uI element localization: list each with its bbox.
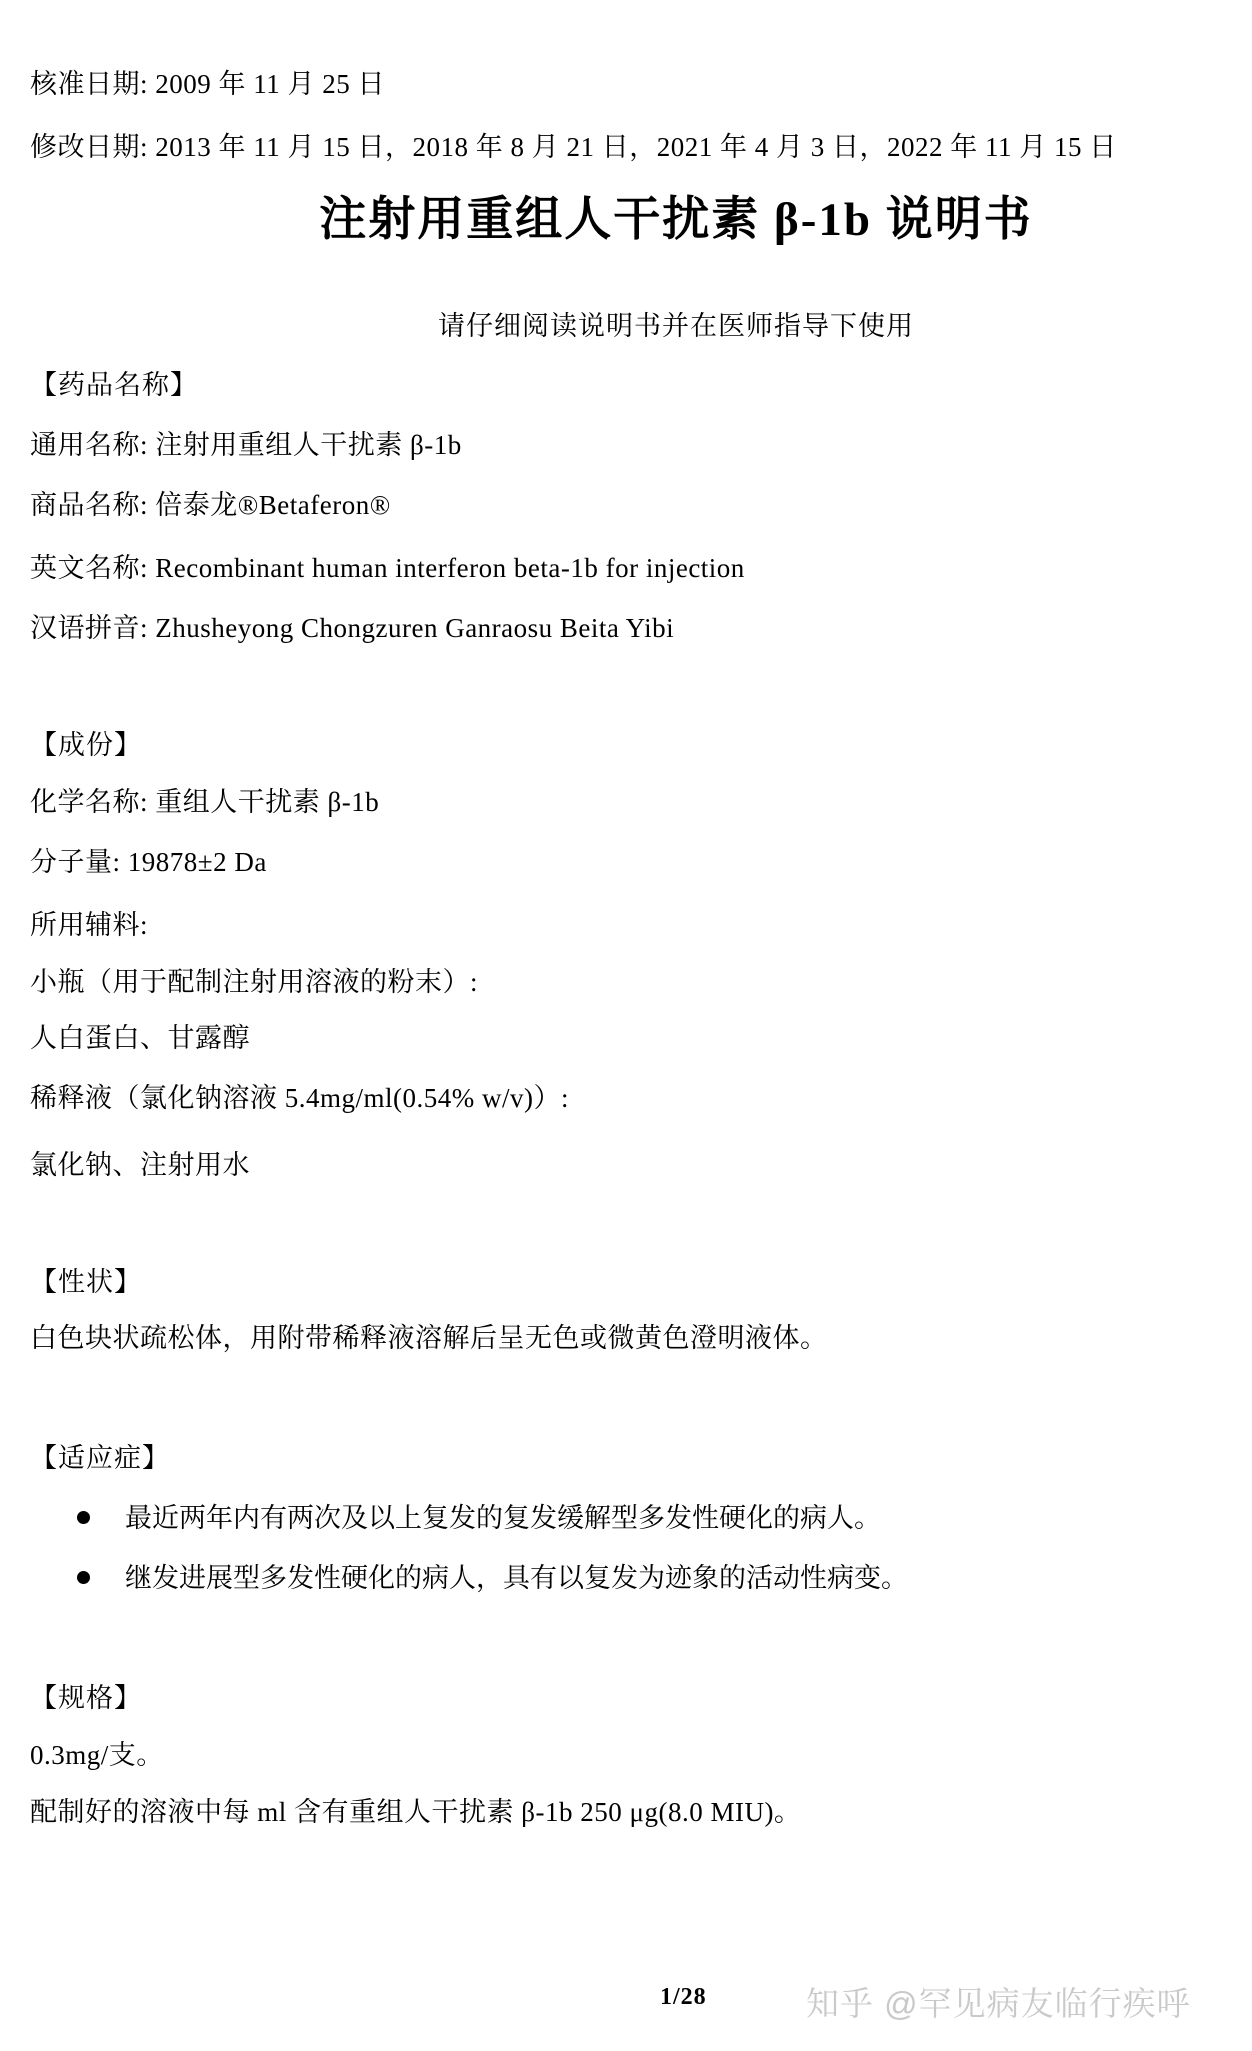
- indication-bullet-text: 继发进展型多发性硬化的病人，具有以复发为迹象的活动性病变。: [125, 1560, 908, 1596]
- strength-line-2: 配制好的溶液中每 ml 含有重组人干扰素 β-1b 250 μg(8.0 MIU…: [30, 1794, 1232, 1830]
- chemical-name-line: 化学名称: 重组人干扰素 β-1b: [30, 784, 1232, 820]
- section-heading-composition: 【成份】: [30, 727, 1232, 763]
- indication-bullet-item: 继发进展型多发性硬化的病人，具有以复发为迹象的活动性病变。: [77, 1560, 1232, 1596]
- strength-line-1: 0.3mg/支。: [30, 1737, 1232, 1773]
- excipients-label-line: 所用辅料:: [30, 907, 1232, 943]
- trade-name-line: 商品名称: 倍泰龙®Betaferon®: [30, 487, 1232, 523]
- zhihu-watermark: 知乎 @罕见病友临行疾呼: [806, 1978, 1191, 2025]
- section-heading-drug-name: 【药品名称】: [30, 367, 1232, 403]
- generic-name-line: 通用名称: 注射用重组人干扰素 β-1b: [30, 427, 1232, 463]
- diluent-line: 稀释液（氯化钠溶液 5.4mg/ml(0.54% w/v)）:: [30, 1080, 1232, 1116]
- diluent-excipients-line: 氯化钠、注射用水: [30, 1147, 1232, 1183]
- approval-date-line: 核准日期: 2009 年 11 月 25 日: [30, 66, 1232, 102]
- page-number: 1/28: [660, 1984, 707, 2011]
- section-heading-strength: 【规格】: [30, 1680, 1232, 1716]
- pinyin-name-line: 汉语拼音: Zhusheyong Chongzuren Ganraosu Bei…: [30, 610, 1232, 646]
- revision-date-line: 修改日期: 2013 年 11 月 15 日，2018 年 8 月 21 日，2…: [30, 129, 1232, 165]
- vial-excipients-line: 人白蛋白、甘露醇: [30, 1020, 1232, 1056]
- document-title: 注射用重组人干扰素 β-1b 说明书: [100, 182, 1252, 249]
- vial-powder-line: 小瓶（用于配制注射用溶液的粉末）:: [30, 964, 1232, 1000]
- indication-bullet-text: 最近两年内有两次及以上复发的复发缓解型多发性硬化的病人。: [125, 1500, 881, 1536]
- section-heading-description: 【性状】: [30, 1264, 1232, 1300]
- english-name-line: 英文名称: Recombinant human interferon beta-…: [30, 550, 1232, 586]
- document-subtitle: 请仔细阅读说明书并在医师指导下使用: [100, 304, 1252, 343]
- molecular-weight-line: 分子量: 19878±2 Da: [30, 844, 1232, 880]
- bullet-icon: [77, 1511, 90, 1524]
- indication-bullet-item: 最近两年内有两次及以上复发的复发缓解型多发性硬化的病人。: [77, 1500, 1232, 1536]
- bullet-icon: [77, 1571, 90, 1584]
- description-text-line: 白色块状疏松体，用附带稀释液溶解后呈无色或微黄色澄明液体。: [30, 1320, 1232, 1356]
- drug-insert-page: 核准日期: 2009 年 11 月 25 日 修改日期: 2013 年 11 月…: [0, 0, 1252, 2051]
- section-heading-indications: 【适应症】: [30, 1440, 1232, 1476]
